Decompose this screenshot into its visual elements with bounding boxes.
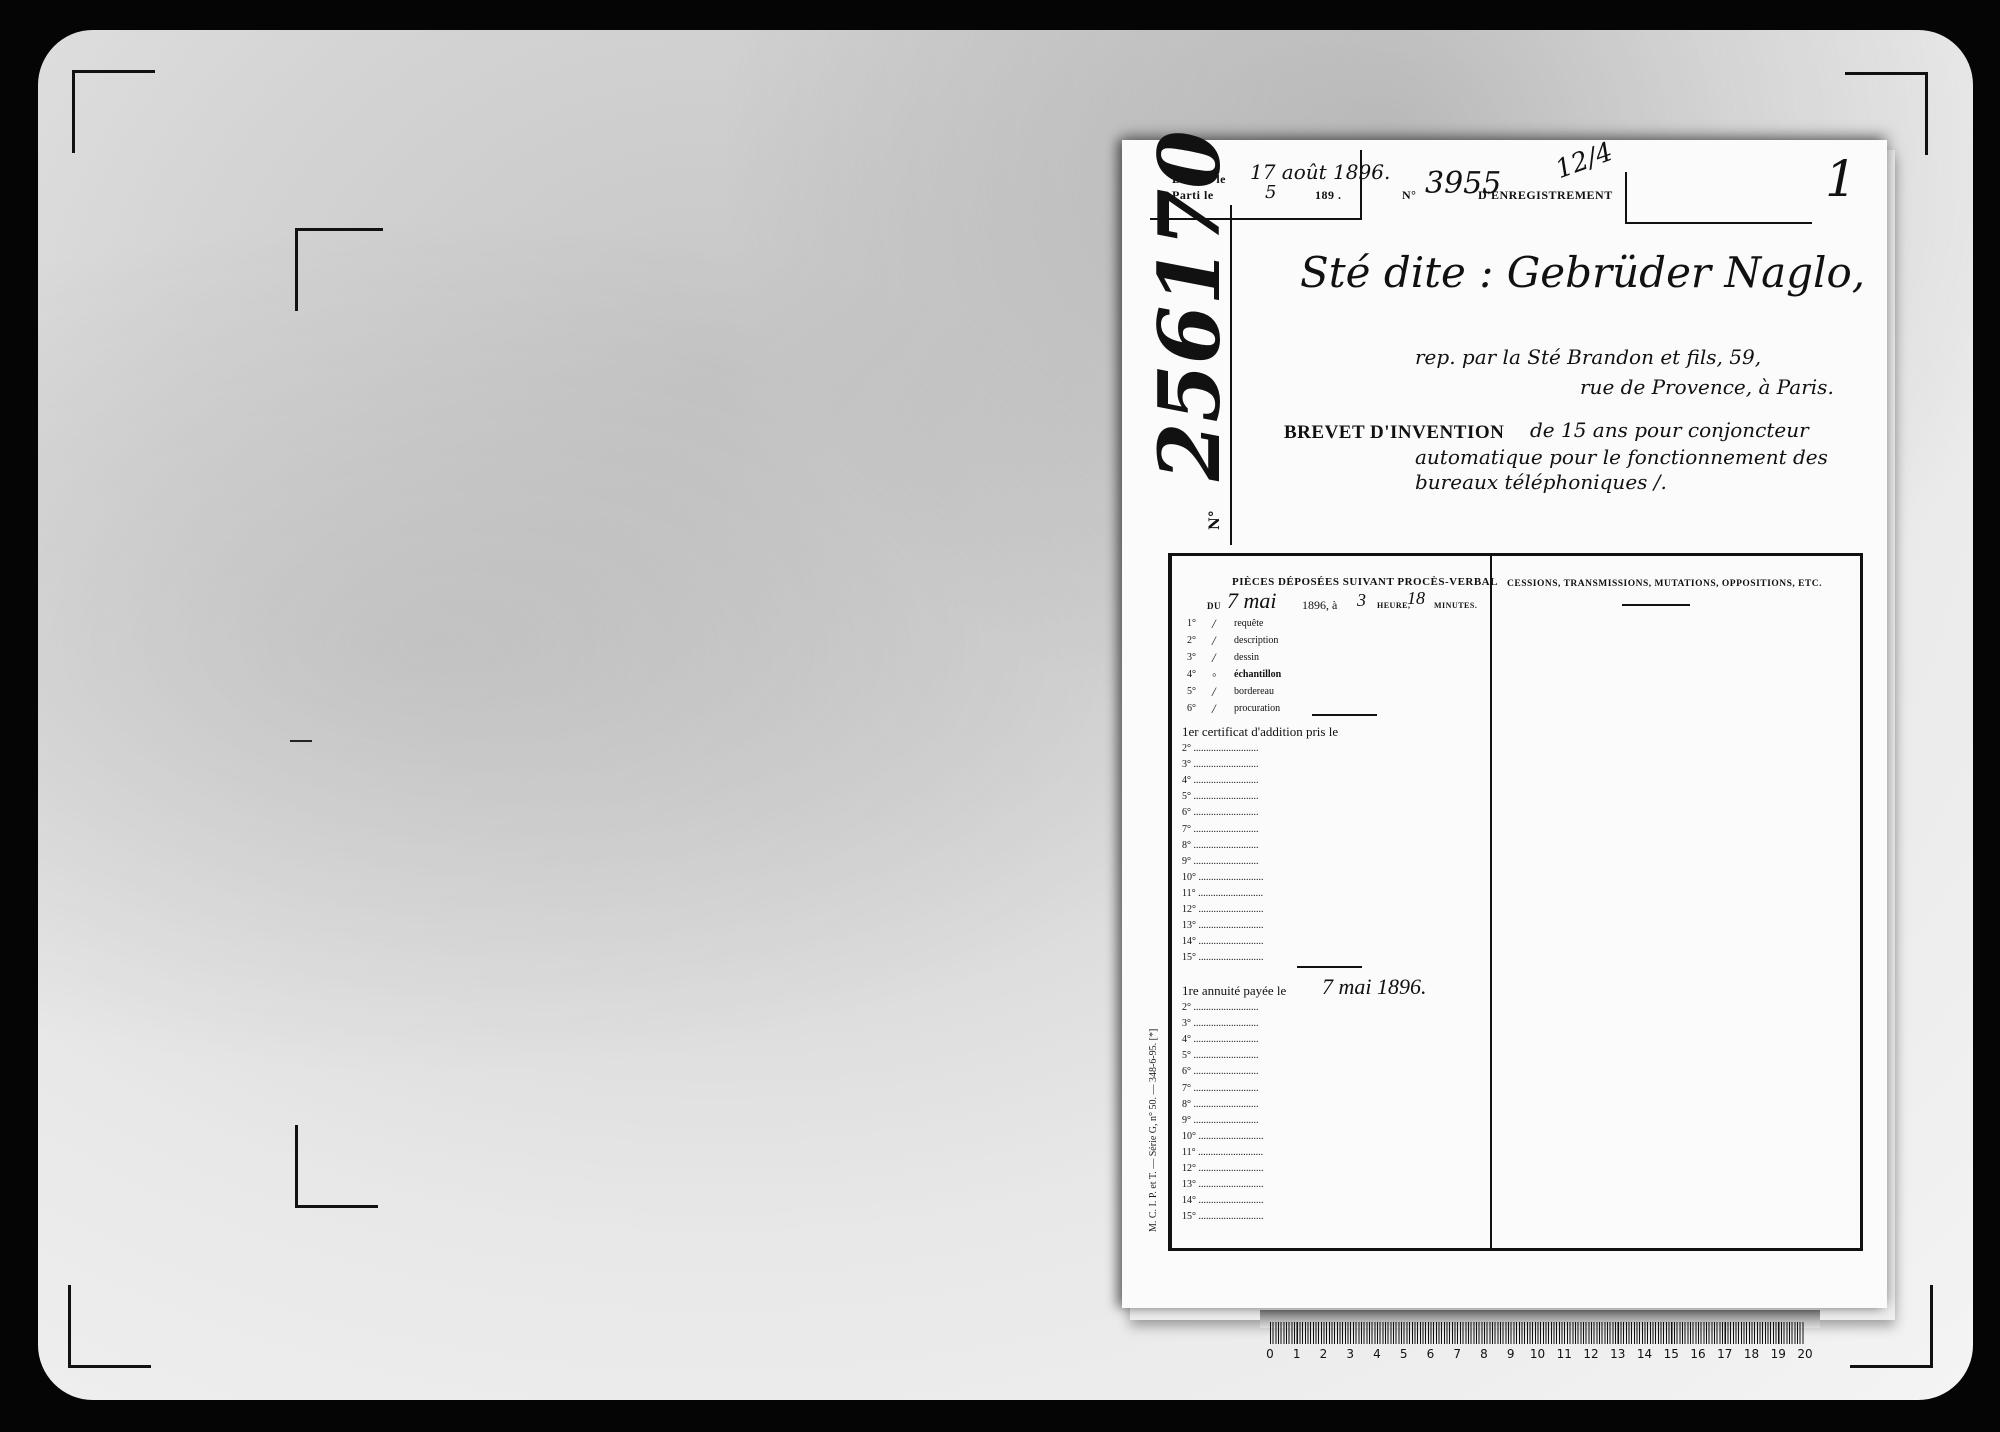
certificats-row: 3° .......................... [1182,759,1259,770]
piece-label: dessin [1234,652,1259,663]
du-label: DU [1207,601,1221,611]
annuites-row: 14° .......................... [1182,1195,1264,1206]
ruler-label: 10 [1530,1347,1545,1361]
ruler-label: 17 [1717,1347,1732,1361]
piece-mark: / [1212,633,1216,649]
proces-verbal-year: 1896, à [1302,598,1337,613]
certificats-row: 12° .......................... [1182,904,1264,915]
crop-mark-top-left [72,70,155,153]
parti-year: 189 . [1315,188,1342,203]
certificats-row: 9° .......................... [1182,856,1259,867]
scale-ruler: 01234567891011121314151617181920 [1270,1322,1810,1370]
certificats-row: 11° .......................... [1182,888,1263,899]
certificats-row: 15° .......................... [1182,952,1264,963]
ruler-label: 4 [1373,1347,1381,1361]
inner-crop-mark-top-left [295,228,383,311]
pieces-form: PIÈCES DÉPOSÉES SUIVANT PROCÈS-VERBAL DU… [1168,553,1863,1251]
certificats-row: 13° .......................... [1182,920,1264,931]
printer-mark: M. C. I. P. et T. — Série G, n° 50. — 34… [1148,1029,1159,1232]
ruler-label: 12 [1583,1347,1598,1361]
page-number: 1 [1825,150,1857,208]
piece-number: 2° [1187,635,1196,646]
piece-mark: / [1212,701,1216,717]
ruler-label: 20 [1797,1347,1812,1361]
separator [1622,604,1690,606]
ruler-label: 3 [1346,1347,1354,1361]
certificats-row: 4° .......................... [1182,775,1259,786]
brevet-description-line1: de 15 ans pour conjoncteur [1530,418,1809,442]
ruler-label: 9 [1507,1347,1515,1361]
annuites-row: 9° .......................... [1182,1115,1259,1126]
margin-mark [290,740,312,742]
ruler-label: 11 [1557,1347,1572,1361]
form-column-divider [1490,556,1492,1248]
annuite-value: 7 mai 1896. [1322,974,1427,1000]
piece-label: requête [1234,618,1263,629]
ruler-label: 6 [1427,1347,1435,1361]
certificat-first: 1er certificat d'addition pris le [1182,724,1338,740]
cessions-title: CESSIONS, TRANSMISSIONS, MUTATIONS, OPPO… [1507,579,1822,589]
brevet-description-line3: bureaux téléphoniques /. [1415,470,1667,494]
piece-label: échantillon [1234,669,1281,680]
piece-label: bordereau [1234,686,1274,697]
annuites-row: 12° .......................... [1182,1163,1264,1174]
ruler-label: 13 [1610,1347,1625,1361]
ruler-label: 2 [1320,1347,1328,1361]
piece-number: 3° [1187,652,1196,663]
certificats-row: 10° .......................... [1182,872,1264,883]
certificats-row: 5° .......................... [1182,791,1259,802]
ruler-label: 1 [1293,1347,1301,1361]
annuites-row: 10° .......................... [1182,1131,1264,1142]
applicant-address: rue de Provence, à Paris. [1580,375,1834,399]
brevet-number-value: 256170 [1140,130,1239,481]
certificats-row: 2° .......................... [1182,743,1259,754]
ruler-label: 18 [1744,1347,1759,1361]
enregistrement-label: D'ENREGISTREMENT [1478,188,1613,203]
crop-mark-bottom-left [68,1285,151,1368]
minutes-value: 18 [1407,588,1425,609]
piece-number: 4° [1187,669,1196,680]
annuites-row: 15° .......................... [1182,1211,1264,1222]
separator [1297,966,1362,968]
piece-number: 5° [1187,686,1196,697]
parti-value: 5 [1265,182,1276,203]
annuites-row: 11° .......................... [1182,1147,1263,1158]
brevet-number-prefix: N° [1207,510,1223,530]
certificats-row: 7° .......................... [1182,824,1259,835]
ruler-ticks [1270,1322,1805,1344]
ruler-label: 15 [1664,1347,1679,1361]
page-number-box [1625,172,1812,224]
proces-verbal-date: 7 mai [1227,588,1277,614]
brevet-label: BREVET D'INVENTION [1284,422,1504,444]
minutes-label: MINUTES. [1434,601,1477,610]
inner-crop-mark-bottom-left [295,1125,378,1208]
applicant-name: Sté dite : Gebrüder Naglo, [1300,248,1865,297]
annuites-row: 7° .......................... [1182,1083,1259,1094]
piece-mark: / [1212,650,1216,666]
ruler-label: 7 [1453,1347,1461,1361]
enregistrement-prefix: N° [1402,188,1416,203]
brevet-description-line2: automatique pour le fonctionnement des [1415,445,1828,469]
piece-label: description [1234,635,1278,646]
certificats-row: 8° .......................... [1182,840,1259,851]
brevet-number: N° 256170 [1140,130,1239,530]
certificats-row: 6° .......................... [1182,807,1259,818]
heure-value: 3 [1357,590,1366,611]
ruler-label: 0 [1266,1347,1274,1361]
piece-mark: / [1212,616,1216,632]
certificats-row: 14° .......................... [1182,936,1264,947]
annuites-row: 8° .......................... [1182,1099,1259,1110]
ruler-label: 19 [1771,1347,1786,1361]
separator [1312,714,1377,716]
piece-mark: ◦ [1212,667,1217,683]
heure-label: HEURE, [1377,601,1410,610]
annuites-row: 4° .......................... [1182,1034,1259,1045]
annuites-row: 5° .......................... [1182,1050,1259,1061]
piece-mark: / [1212,684,1216,700]
annuites-row: 3° .......................... [1182,1018,1259,1029]
ruler-label: 14 [1637,1347,1652,1361]
ruler-label: 8 [1480,1347,1488,1361]
annuite-first: 1re annuité payée le [1182,983,1286,999]
annuites-row: 13° .......................... [1182,1179,1264,1190]
piece-number: 6° [1187,703,1196,714]
ruler-label: 16 [1690,1347,1705,1361]
applicant-representative: rep. par la Sté Brandon et fils, 59, [1415,345,1761,369]
piece-label: procuration [1234,703,1280,714]
delivre-value: 17 août 1896. [1250,160,1390,184]
annuites-row: 6° .......................... [1182,1066,1259,1077]
ruler-label: 5 [1400,1347,1408,1361]
pieces-title: PIÈCES DÉPOSÉES SUIVANT PROCÈS-VERBAL [1232,576,1498,588]
piece-number: 1° [1187,618,1196,629]
annuites-row: 2° .......................... [1182,1002,1259,1013]
